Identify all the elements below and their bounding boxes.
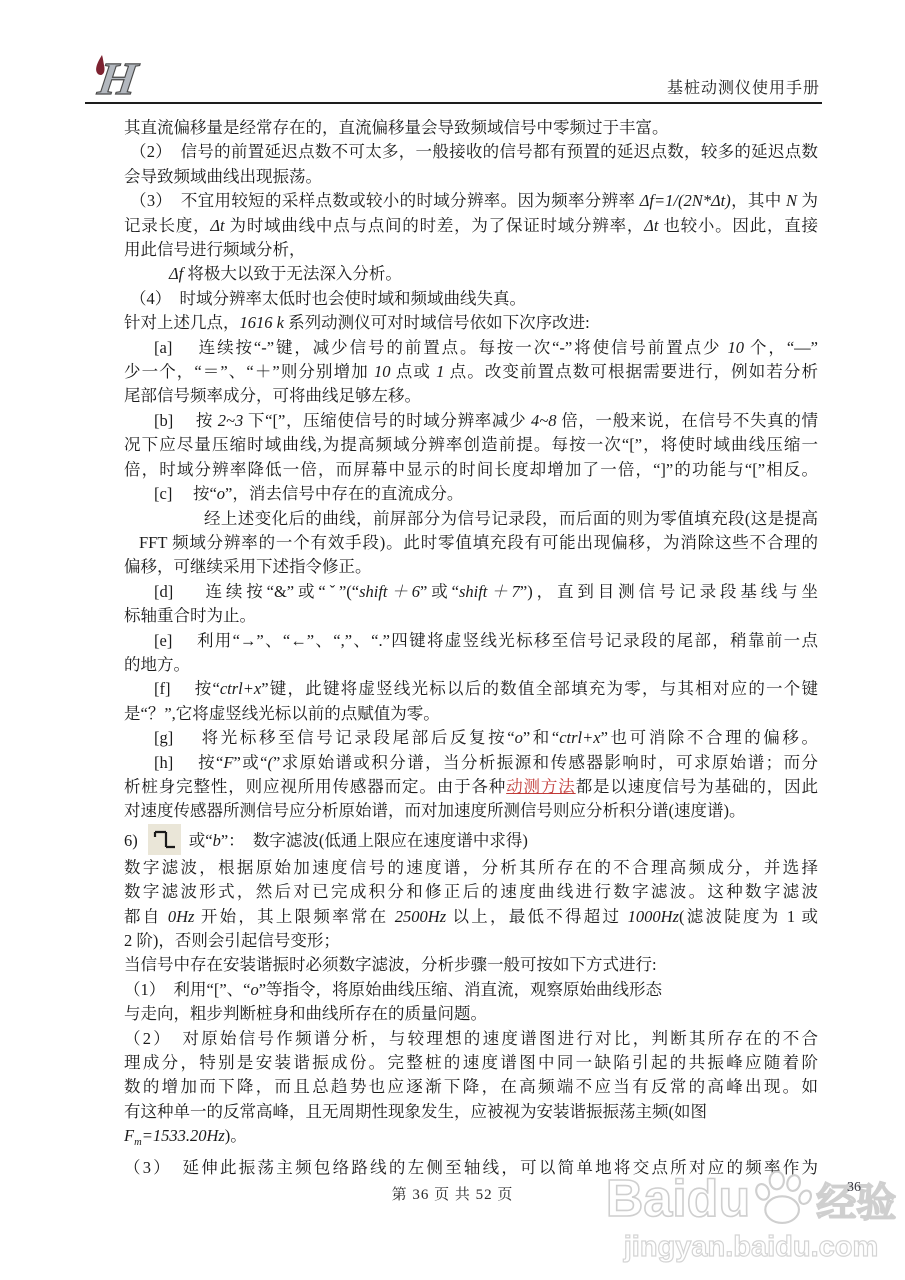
text-line: [f] 按“ctrl+x”键，此键将虚竖线光标以后的数值全部填充为零，与其相对应… xyxy=(124,677,818,701)
filter-button-icon xyxy=(148,824,181,855)
text-segment: 都是以速度信号为基础的，因此 xyxy=(576,777,818,796)
text-segment: 开始，其上限频率常在 xyxy=(194,907,394,926)
text-line: Fm=1533.20Hz)。 xyxy=(124,1124,818,1155)
text-segment: 点或 xyxy=(391,362,437,381)
text-segment: o xyxy=(250,980,258,999)
document-body: 其直流偏移量是经常存在的，直流偏移量会导致频域信号中零频过于丰富。（2） 信号的… xyxy=(124,116,818,1180)
text-segment: 倍，时域分辨率降低一倍，而屏幕中显示的时间长度却增加了一倍，“]”的功能与“[”… xyxy=(124,460,818,479)
text-segment: 10 xyxy=(374,362,391,381)
document-page: H 基桩动测仪使用手册 其直流偏移量是经常存在的，直流偏移量会导致频域信号中零频… xyxy=(0,0,905,1280)
text-segment: F xyxy=(223,753,233,772)
text-segment: 针对上述几点， xyxy=(124,313,240,332)
text-line: （3） 不宜用较短的采样点数或较小的时域分辨率。因为频率分辨率 Δf=1/(2N… xyxy=(124,189,818,213)
text-segment: 数字滤波形式，然后对已完成积分和修正后的速度曲线进行数字滤波。这种数字滤波 xyxy=(124,882,818,901)
text-segment: ”或“ xyxy=(420,582,459,601)
text-line: [g] 将光标移至信号记录段尾部后反复按“o”和“ctrl+x”也可消除不合理的… xyxy=(124,726,818,750)
text-segment: 都自 xyxy=(124,907,168,926)
text-segment: （4） 时域分辨率太低时也会使时域和频域曲线失真。 xyxy=(130,289,526,308)
text-segment: 标轴重合时为止。 xyxy=(124,606,256,625)
text-segment: ”或“ xyxy=(233,753,267,772)
text-line: （2） 对原始信号作频谱分析，与较理想的速度谱图进行对比，判断其所存在的不合 xyxy=(124,1027,818,1051)
text-segment: shift＋7 xyxy=(459,582,520,601)
text-segment: o xyxy=(217,484,225,503)
text-segment: 或“ xyxy=(189,831,213,850)
text-segment: 偏移，可继续采用下述指令修正。 xyxy=(124,557,372,576)
text-segment: 1616 k xyxy=(240,313,284,332)
text-segment: 用此信号进行频域分析， xyxy=(124,240,306,259)
text-segment: （2） 信号的前置延迟点数不可太多，一般接收的信号都有预置的延迟点数，较多的延迟… xyxy=(130,142,818,161)
text-segment: （1） 利用“[”、“ xyxy=(124,980,250,999)
text-segment: (滤波陡度为 1 或 xyxy=(679,907,818,926)
text-segment: 的地方。 xyxy=(124,655,190,674)
text-line: 况下应尽量压缩时域曲线,为提高频域分辨率创造前提。每按一次“[”，将使时域曲线压… xyxy=(124,433,818,457)
text-line: [e] 利用“→”、“←”、“,”、“.”四键将虚竖线光标移至信号记录段的尾部，… xyxy=(124,629,818,653)
text-line: [a] 连续按“-”键，减少信号的前置点。每按一次“-”将使信号前置点少 10 … xyxy=(124,336,818,360)
text-line: 6)或“b”： 数字滤波(低通上限应在速度谱中求得) xyxy=(124,824,818,856)
text-segment: 理成分，特别是安装谐振成份。完整桩的速度谱图中同一缺陷引起的共振峰应随着阶 xyxy=(124,1053,818,1072)
text-line: 标轴重合时为止。 xyxy=(124,604,818,628)
text-line: 2 阶)，否则会引起信号变形； xyxy=(124,929,818,953)
text-segment: 对速度传感器所测信号应分析原始谱，而对加速度所测信号则应分析积分谱(速度谱)。 xyxy=(124,801,746,820)
text-line: [d] 连续按“&”或“ˇ”(“shift＋6”或“shift＋7”)，直到目测… xyxy=(124,580,818,604)
text-segment: )。 xyxy=(225,1126,247,1145)
page-header: H 基桩动测仪使用手册 xyxy=(85,54,822,104)
text-line: 用此信号进行频域分析， xyxy=(124,238,818,262)
text-segment: ctrl+x xyxy=(220,679,261,698)
text-line: 数字滤波形式，然后对已完成积分和修正后的速度曲线进行数字滤波。这种数字滤波 xyxy=(124,880,818,904)
text-line: 与走向，粗步判断桩身和曲线所存在的质量问题。 xyxy=(124,1002,818,1026)
text-segment: ctrl+x xyxy=(559,728,600,747)
text-segment: 少一个，“＝”、“＋”则分别增加 xyxy=(124,362,374,381)
text-segment: 与走向，粗步判断桩身和曲线所存在的质量问题。 xyxy=(124,1004,487,1023)
text-segment: （3） 不宜用较短的采样点数或较小的时域分辨率。因为频率分辨率 xyxy=(130,191,640,210)
text-segment: 其直流偏移量是经常存在的，直流偏移量会导致频域信号中零频过于丰富。 xyxy=(124,118,669,137)
text-segment: 有这种单一的反常高峰，且无周期性现象发生，应被视为安装谐振振荡主频(如图 xyxy=(124,1102,707,1121)
text-segment: 0Hz xyxy=(168,907,195,926)
text-segment: F xyxy=(124,1126,134,1145)
text-segment: 析桩身完整性，则应视所用传感器而定。由于各种 xyxy=(124,777,506,796)
text-segment: 10 xyxy=(727,338,744,357)
text-segment: 以上，最低不得超过 xyxy=(446,907,628,926)
text-line: [b] 按 2~3 下“[”，压缩使信号的时域分辨率减少 4~8 倍，一般来说，… xyxy=(124,409,818,433)
text-segment: ”键，此键将虚竖线光标以后的数值全部填充为零，与其相对应的一个键 xyxy=(261,679,818,698)
text-segment: ”： 数字滤波(低通上限应在速度谱中求得) xyxy=(221,831,528,850)
text-segment: 点。改变前置点数可根据需要进行，例如若分析 xyxy=(444,362,818,381)
text-segment: 下“[”，压缩使信号的时域分辨率减少 xyxy=(243,411,531,430)
text-line: 其直流偏移量是经常存在的，直流偏移量会导致频域信号中零频过于丰富。 xyxy=(124,116,818,140)
text-segment: 经上述变化后的曲线，前屏部分为信号记录段，而后面的则为零值填充段(这是提高 xyxy=(204,509,818,528)
company-logo: H xyxy=(87,52,171,107)
text-segment: m xyxy=(134,1137,142,1148)
text-segment: FFT 频域分辨率的一个有效手段)。此时零值填充段有可能出现偏移，为消除这些不合… xyxy=(139,533,818,552)
text-line: Δf 将极大以致于无法深入分析。 xyxy=(124,262,818,286)
footer-page-info: 第 36 页 共 52 页 xyxy=(0,1183,905,1204)
text-segment: [d] 连续按“&”或“ˇ”(“ xyxy=(154,582,359,601)
text-segment: Δt xyxy=(644,216,658,235)
text-line: 数的增加而下降，而且总趋势也应逐渐下降，在高频端不应当有反常的高峰出现。如 xyxy=(124,1075,818,1099)
text-segment: [e] 利用“→”、“←”、“,”、“.”四键将虚竖线光标移至信号记录段的尾部，… xyxy=(154,631,818,650)
text-segment: 为 xyxy=(797,191,818,210)
text-segment: Δt xyxy=(210,216,224,235)
text-segment: [c] 按“ xyxy=(154,484,217,503)
text-segment: 尾部信号频率成分，可将曲线足够左移。 xyxy=(124,386,421,405)
text-line: 记录长度，Δt 为时域曲线中点与点间的时差，为了保证时域分辨率，Δt 也较小。因… xyxy=(124,214,818,238)
text-segment: 2~3 xyxy=(218,411,243,430)
text-segment: 1000Hz xyxy=(628,907,679,926)
text-segment: 4~8 xyxy=(531,411,556,430)
text-line: 当信号中存在安装谐振时必须数字滤波，分析步骤一般可按如下方式进行: xyxy=(124,953,818,977)
watermark-url-text: jingyan.baidu.com xyxy=(601,1231,901,1264)
text-segment: =1533.20Hz xyxy=(142,1126,225,1145)
text-line: FFT 频域分辨率的一个有效手段)。此时零值填充段有可能出现偏移，为消除这些不合… xyxy=(124,531,818,555)
text-segment: 系列动测仪可对时域信号依如下次序改进: xyxy=(284,313,590,332)
text-line: 针对上述几点，1616 k 系列动测仪可对时域信号依如下次序改进: xyxy=(124,311,818,335)
text-line: 有这种单一的反常高峰，且无周期性现象发生，应被视为安装谐振振荡主频(如图 xyxy=(124,1100,818,1124)
text-segment: 为时域曲线中点与点间的时差，为了保证时域分辨率， xyxy=(225,216,644,235)
text-segment: （3） 延伸此振荡主频包络路线的左侧至轴线，可以简单地将交点所对应的频率作为 xyxy=(124,1158,818,1177)
text-segment: o xyxy=(515,728,523,747)
text-line: 都自 0Hz 开始，其上限频率常在 2500Hz 以上，最低不得超过 1000H… xyxy=(124,905,818,929)
text-line: （1） 利用“[”、“o”等指令，将原始曲线压缩、消直流，观察原始曲线形态 xyxy=(124,978,818,1002)
text-segment: [h] 按“ xyxy=(154,753,223,772)
text-segment: shift＋6 xyxy=(359,582,420,601)
manual-title: 基桩动测仪使用手册 xyxy=(667,75,820,98)
text-segment: Δf=1/(2N*Δt) xyxy=(640,191,731,210)
text-line: 经上述变化后的曲线，前屏部分为信号记录段，而后面的则为零值填充段(这是提高 xyxy=(124,507,818,531)
text-line: [h] 按“F”或“(”求原始谱或积分谱，当分析振源和传感器影响时，可求原始谱；… xyxy=(124,751,818,775)
text-segment: 会导致频域曲线出现振荡。 xyxy=(124,167,322,186)
text-segment: 况下应尽量压缩时域曲线,为提高频域分辨率创造前提。每按一次“[”，将使时域曲线压… xyxy=(124,435,818,454)
text-segment: ”)，直到目测信号记录段基线与坐 xyxy=(520,582,818,601)
text-segment: ”，消去信号中存在的直流成分。 xyxy=(225,484,463,503)
text-segment: 数字滤波，根据原始加速度信号的速度谱，分析其所存在的不合理高频成分，并选择 xyxy=(124,858,818,877)
text-segment: 也较小。因此，直接 xyxy=(658,216,818,235)
text-segment: b xyxy=(213,831,221,850)
text-line: 少一个，“＝”、“＋”则分别增加 10 点或 1 点。改变前置点数可根据需要进行… xyxy=(124,360,818,384)
corner-page-number: 36 xyxy=(847,1180,861,1196)
text-segment: [f] 按“ xyxy=(154,679,220,698)
text-segment: 是“？”,它将虚竖线光标以前的点赋值为零。 xyxy=(124,704,440,723)
text-line: 理成分，特别是安装谐振成份。完整桩的速度谱图中同一缺陷引起的共振峰应随着阶 xyxy=(124,1051,818,1075)
text-segment: N xyxy=(786,191,797,210)
text-segment: [g] 将光标移至信号记录段尾部后反复按“ xyxy=(154,728,515,747)
text-segment: ”求原始谱或积分谱，当分析振源和传感器影响时，可求原始谱；而分 xyxy=(273,753,818,772)
text-line: 偏移，可继续采用下述指令修正。 xyxy=(124,555,818,579)
text-segment: 将极大以致于无法深入分析。 xyxy=(183,264,402,283)
text-segment: [a] 连续按“-”键，减少信号的前置点。每按一次“-”将使信号前置点少 xyxy=(154,338,727,357)
text-segment: 6) xyxy=(124,831,138,850)
text-segment: 2 阶)，否则会引起信号变形； xyxy=(124,931,340,950)
text-line: 数字滤波，根据原始加速度信号的速度谱，分析其所存在的不合理高频成分，并选择 xyxy=(124,856,818,880)
text-line: 尾部信号频率成分，可将曲线足够左移。 xyxy=(124,384,818,408)
text-line: [c] 按“o”，消去信号中存在的直流成分。 xyxy=(124,482,818,506)
logo-h-icon: H xyxy=(87,52,171,102)
text-line: （4） 时域分辨率太低时也会使时域和频域曲线失真。 xyxy=(124,287,818,311)
text-line: （2） 信号的前置延迟点数不可太多，一般接收的信号都有预置的延迟点数，较多的延迟… xyxy=(124,140,818,164)
text-segment: [b] 按 xyxy=(154,411,218,430)
text-segment: ”等指令，将原始曲线压缩、消直流，观察原始曲线形态 xyxy=(259,980,662,999)
text-segment: 记录长度， xyxy=(124,216,210,235)
text-segment: （2） 对原始信号作频谱分析，与较理想的速度谱图进行对比，判断其所存在的不合 xyxy=(124,1029,818,1048)
text-line: 对速度传感器所测信号应分析原始谱，而对加速度所测信号则应分析积分谱(速度谱)。 xyxy=(124,799,818,823)
text-line: 析桩身完整性，则应视所用传感器而定。由于各种动测方法都是以速度信号为基础的，因此 xyxy=(124,775,818,799)
text-line: 的地方。 xyxy=(124,653,818,677)
text-line: 会导致频域曲线出现振荡。 xyxy=(124,165,818,189)
text-segment: 当信号中存在安装谐振时必须数字滤波，分析步骤一般可按如下方式进行: xyxy=(124,955,657,974)
link-dongce-method[interactable]: 动测方法 xyxy=(506,777,576,796)
text-line: 是“？”,它将虚竖线光标以前的点赋值为零。 xyxy=(124,702,818,726)
text-segment: Δf xyxy=(169,264,183,283)
text-segment: 倍，一般来说，在信号不失真的情 xyxy=(556,411,818,430)
text-line: （3） 延伸此振荡主频包络路线的左侧至轴线，可以简单地将交点所对应的频率作为 xyxy=(124,1156,818,1180)
text-segment: ”和“ xyxy=(523,728,559,747)
text-segment: 2500Hz xyxy=(395,907,446,926)
text-segment: 数的增加而下降，而且总趋势也应逐渐下降，在高频端不应当有反常的高峰出现。如 xyxy=(124,1077,818,1096)
text-line: 倍，时域分辨率降低一倍，而屏幕中显示的时间长度却增加了一倍，“]”的功能与“[”… xyxy=(124,458,818,482)
text-segment: ，其中 xyxy=(731,191,786,210)
text-segment: 个，“—” xyxy=(744,338,818,357)
text-segment: ”也可消除不合理的偏移。 xyxy=(601,728,818,747)
